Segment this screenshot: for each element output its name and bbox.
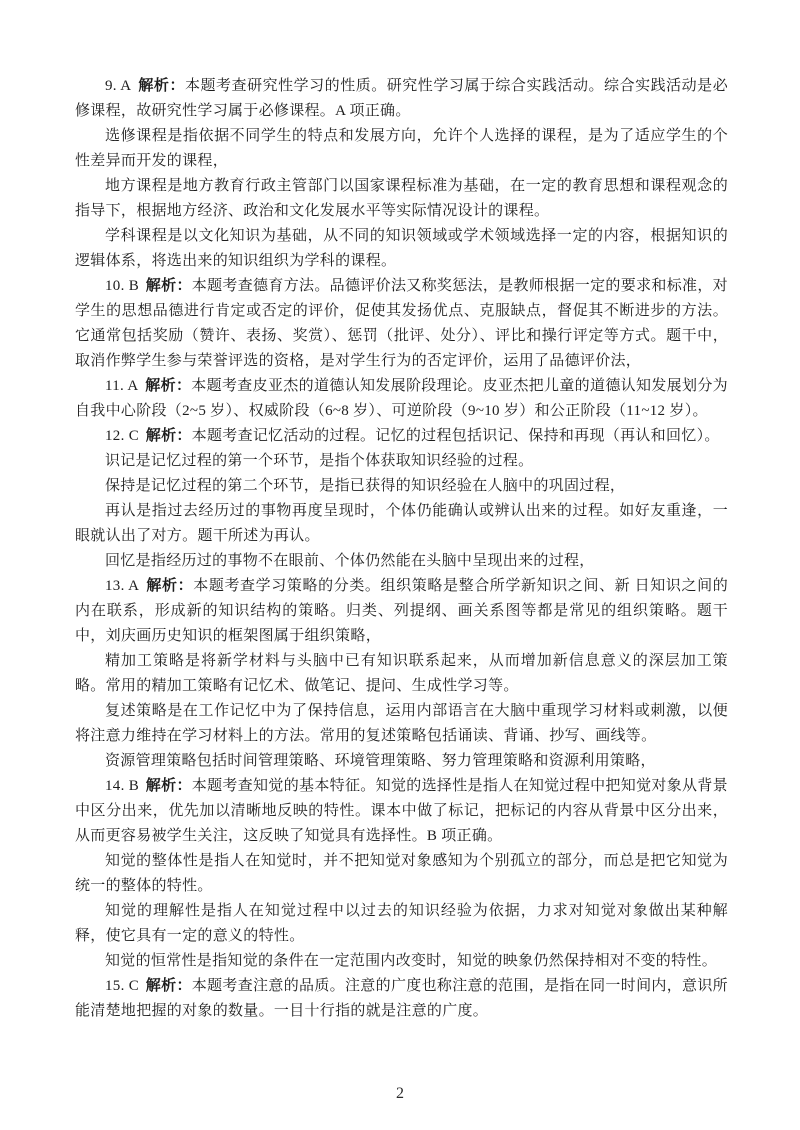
answer-item-13: 13. A解析：本题考查学习策略的分类。组织策略是整合所学新知识之间、新 日知识…: [75, 574, 728, 649]
paragraph-text: 资源管理策略包括时间管理策略、环境管理策略、努力管理策略和资源利用策略，: [105, 753, 656, 769]
paragraph-text: 选修课程是指依据不同学生的特点和发展方向，允许个人选择的课程，是为了适应学生的个…: [75, 128, 728, 169]
page-number: 2: [0, 1084, 800, 1104]
answer-number: 11. A: [105, 378, 138, 394]
paragraph-text: 精加工策略是将新学材料与头脑中已有知识联系起来，从而增加新信息意义的深层加工策略…: [75, 653, 728, 694]
paragraph-text: 识记是记忆过程的第一个环节，是指个体获取知识经验的过程。: [105, 453, 533, 469]
analysis-label: 解析：: [146, 778, 192, 794]
analysis-label: 解析：: [138, 78, 185, 94]
paragraph-text: 复述策略是在工作记忆中为了保持信息，运用内部语言在大脑中重现学习材料或刺激，以便…: [75, 703, 728, 744]
answer-item-9: 9. A解析：本题考查研究性学习的性质。研究性学习属于综合实践活动。综合实践活动…: [75, 74, 728, 124]
answer-number: 9. A: [105, 78, 131, 94]
analysis-label: 解析：: [146, 578, 193, 594]
explanation-paragraph: 精加工策略是将新学材料与头脑中已有知识联系起来，从而增加新信息意义的深层加工策略…: [75, 649, 728, 699]
paragraph-text: 再认是指过去经历过的事物再度呈现时，个体仍能确认或辨认出来的过程。如好友重逢，一…: [75, 503, 728, 544]
analysis-label: 解析：: [146, 978, 192, 994]
analysis-label: 解析：: [145, 378, 191, 394]
document-page: 9. A解析：本题考查研究性学习的性质。研究性学习属于综合实践活动。综合实践活动…: [0, 0, 800, 1130]
paragraph-text: 地方课程是地方教育行政主管部门以国家课程标准为基础，在一定的教育思想和课程观念的…: [75, 178, 728, 219]
paragraph-text: 回忆是指经历过的事物不在眼前、个体仍然能在头脑中呈现出来的过程，: [105, 553, 595, 569]
answer-item-10: 10. B解析：本题考查德育方法。品德评价法又称奖惩法，是教师根据一定的要求和标…: [75, 274, 728, 374]
explanation-paragraph: 保持是记忆过程的第二个环节，是指已获得的知识经验在人脑中的巩固过程，: [75, 474, 728, 499]
answer-item-14: 14. B解析：本题考查知觉的基本特征。知觉的选择性是指人在知觉过程中把知觉对象…: [75, 774, 728, 849]
explanation-paragraph: 选修课程是指依据不同学生的特点和发展方向，允许个人选择的课程，是为了适应学生的个…: [75, 124, 728, 174]
explanation-paragraph: 资源管理策略包括时间管理策略、环境管理策略、努力管理策略和资源利用策略，: [75, 749, 728, 774]
paragraph-text: 知觉的整体性是指人在知觉时，并不把知觉对象感知为个别孤立的部分，而总是把它知觉为…: [75, 853, 728, 894]
answer-text: 本题考查记忆活动的过程。记忆的过程包括识记、保持和再现（再认和回忆）。: [192, 428, 720, 444]
answer-number: 10. B: [105, 278, 139, 294]
answer-explanations: 9. A解析：本题考查研究性学习的性质。研究性学习属于综合实践活动。综合实践活动…: [75, 74, 728, 1024]
explanation-paragraph: 再认是指过去经历过的事物再度呈现时，个体仍能确认或辨认出来的过程。如好友重逢，一…: [75, 499, 728, 549]
paragraph-text: 知觉的理解性是指人在知觉过程中以过去的知识经验为依据，力求对知觉对象做出某种解释…: [75, 903, 728, 944]
answer-number: 15. C: [105, 978, 139, 994]
explanation-paragraph: 知觉的整体性是指人在知觉时，并不把知觉对象感知为个别孤立的部分，而总是把它知觉为…: [75, 849, 728, 899]
answer-item-12: 12. C解析：本题考查记忆活动的过程。记忆的过程包括识记、保持和再现（再认和回…: [75, 424, 728, 449]
answer-number: 12. C: [105, 428, 139, 444]
analysis-label: 解析：: [146, 278, 192, 294]
answer-number: 14. B: [105, 778, 139, 794]
explanation-paragraph: 回忆是指经历过的事物不在眼前、个体仍然能在头脑中呈现出来的过程，: [75, 549, 728, 574]
explanation-paragraph: 知觉的理解性是指人在知觉过程中以过去的知识经验为依据，力求对知觉对象做出某种解释…: [75, 899, 728, 949]
paragraph-text: 保持是记忆过程的第二个环节，是指已获得的知识经验在人脑中的巩固过程，: [105, 478, 625, 494]
analysis-label: 解析：: [146, 428, 192, 444]
answer-item-11: 11. A解析：本题考查皮亚杰的道德认知发展阶段理论。皮亚杰把儿童的道德认知发展…: [75, 374, 728, 424]
explanation-paragraph: 复述策略是在工作记忆中为了保持信息，运用内部语言在大脑中重现学习材料或刺激，以便…: [75, 699, 728, 749]
paragraph-text: 知觉的恒常性是指知觉的条件在一定范围内改变时，知觉的映象仍然保持相对不变的特性。: [105, 953, 717, 969]
explanation-paragraph: 地方课程是地方教育行政主管部门以国家课程标准为基础，在一定的教育思想和课程观念的…: [75, 174, 728, 224]
explanation-paragraph: 识记是记忆过程的第一个环节，是指个体获取知识经验的过程。: [75, 449, 728, 474]
answer-number: 13. A: [105, 578, 139, 594]
explanation-paragraph: 学科课程是以文化知识为基础，从不同的知识领域或学术领域选择一定的内容，根据知识的…: [75, 224, 728, 274]
explanation-paragraph: 知觉的恒常性是指知觉的条件在一定范围内改变时，知觉的映象仍然保持相对不变的特性。: [75, 949, 728, 974]
answer-item-15: 15. C解析：本题考查注意的品质。注意的广度也称注意的范围，是指在同一时间内，…: [75, 974, 728, 1024]
paragraph-text: 学科课程是以文化知识为基础，从不同的知识领域或学术领域选择一定的内容，根据知识的…: [75, 228, 728, 269]
